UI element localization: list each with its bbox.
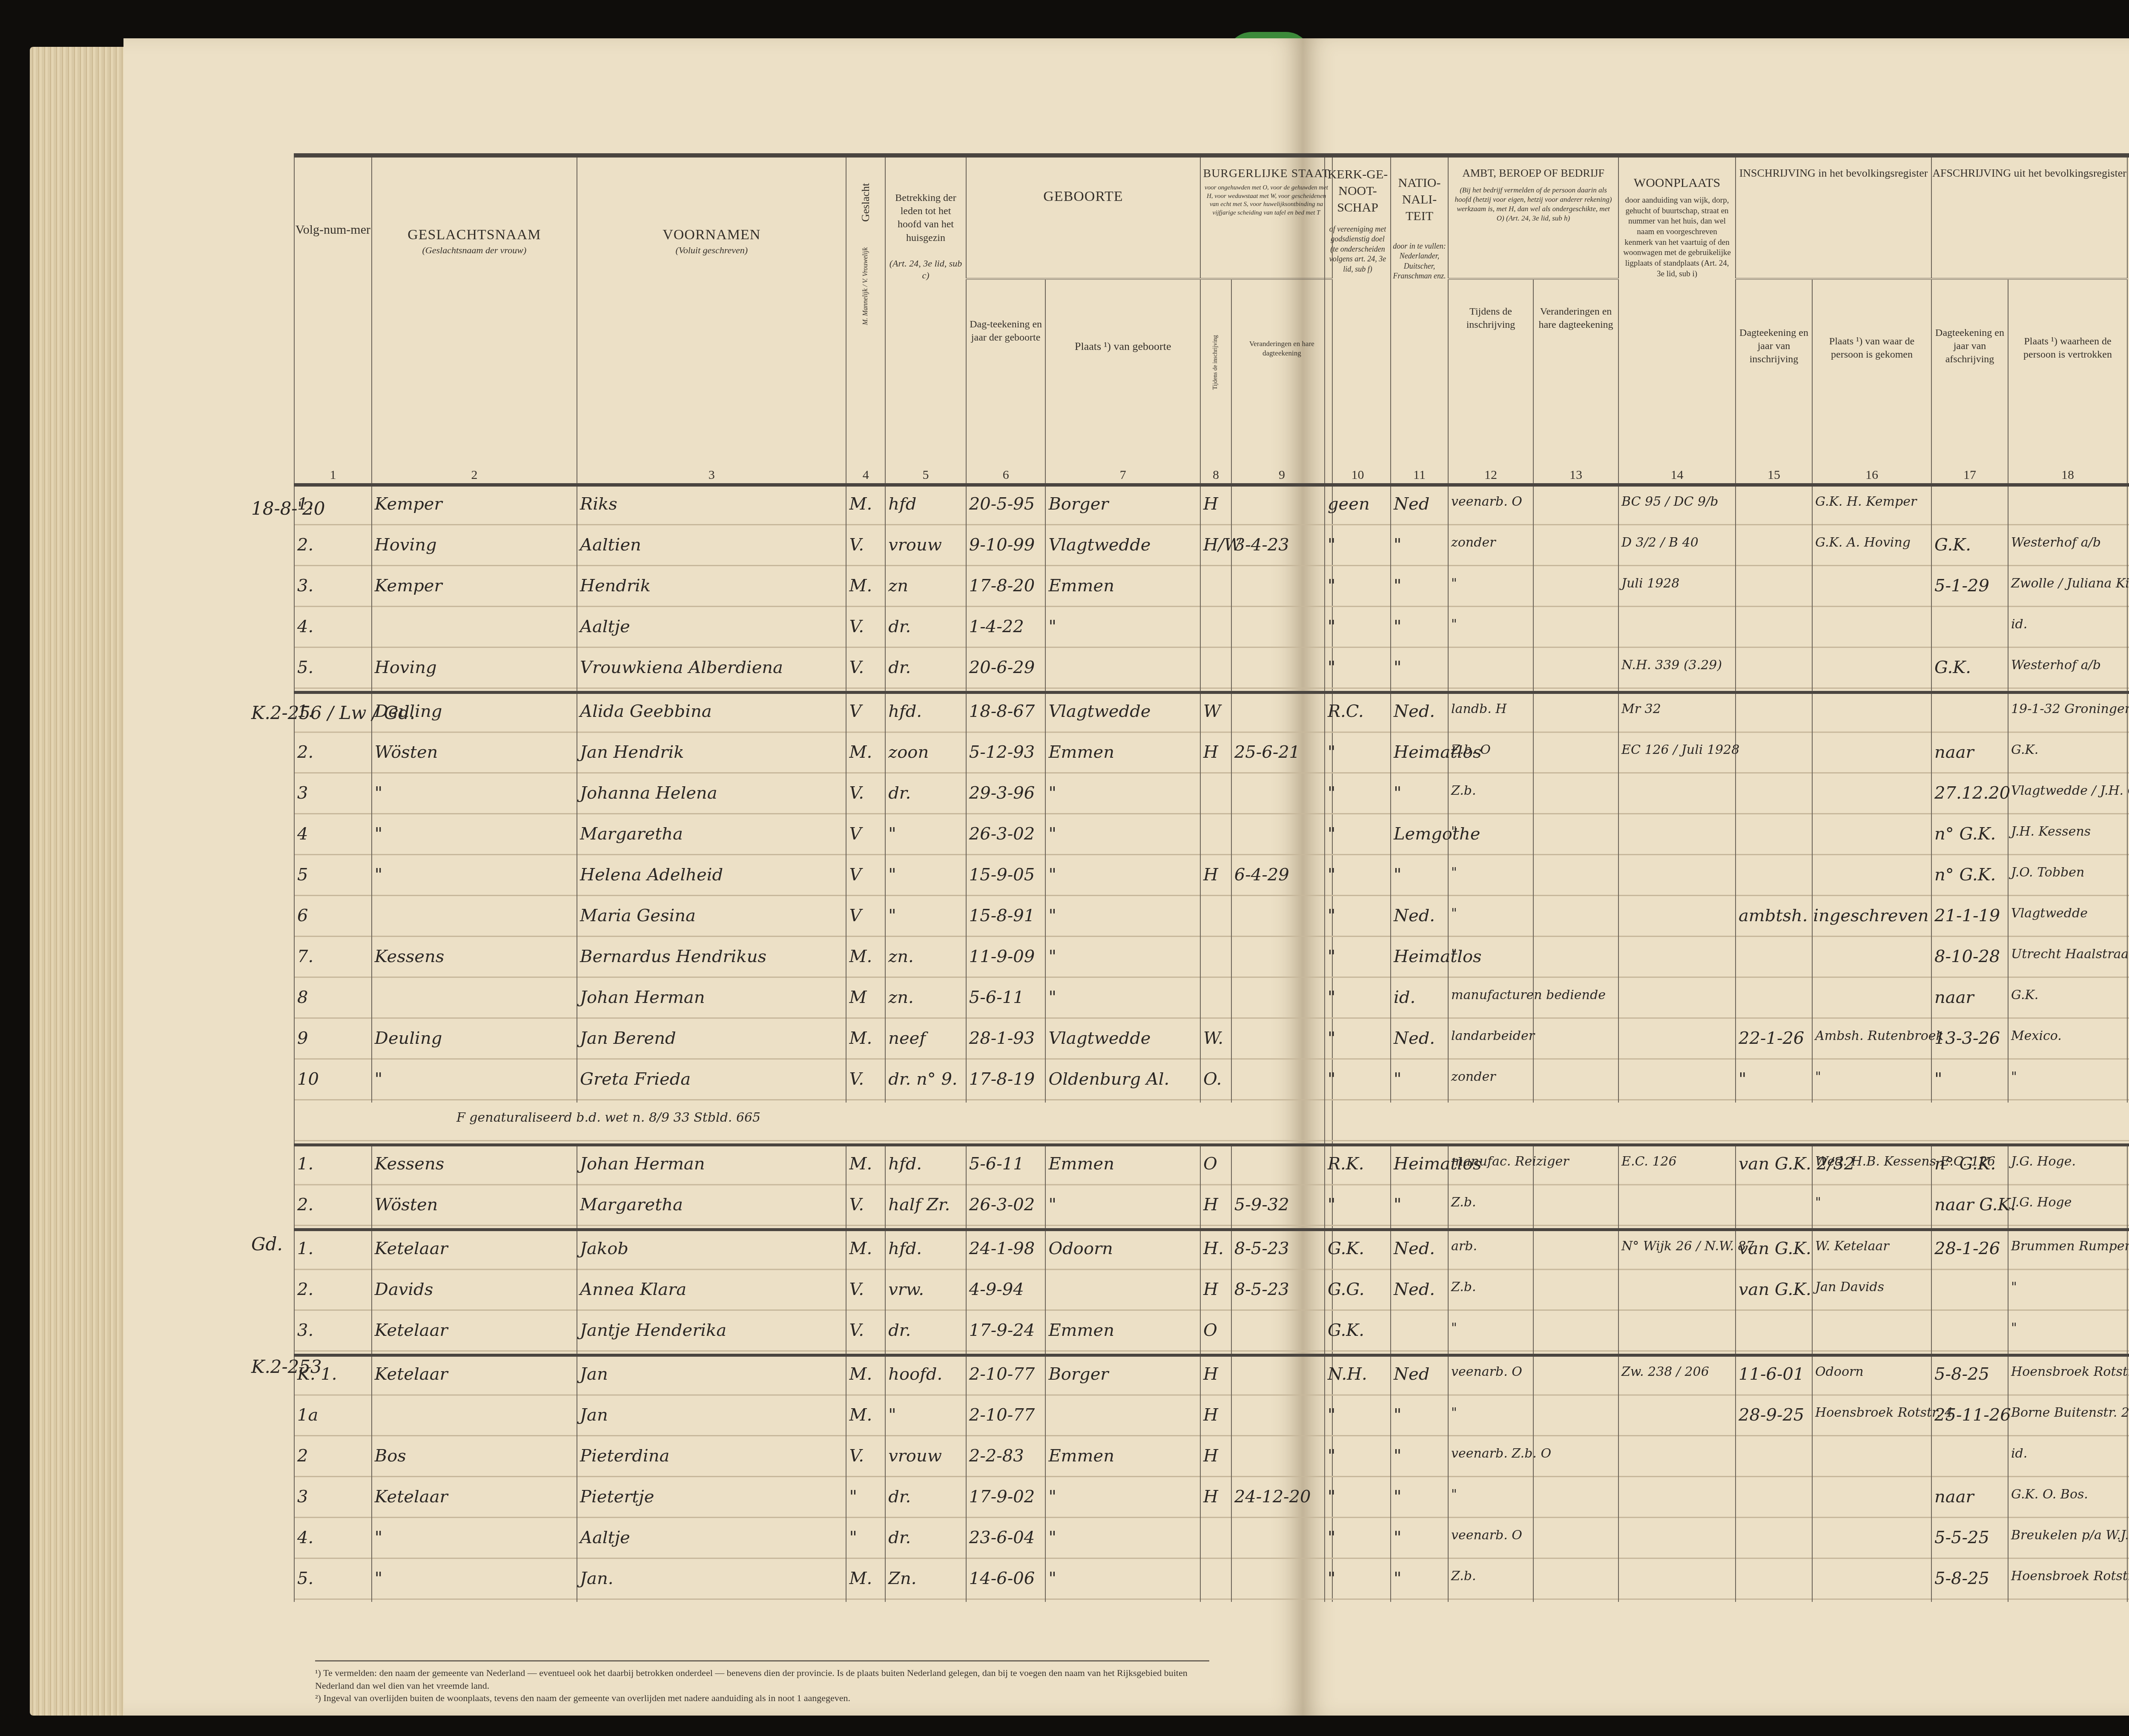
cell-civ-change	[1231, 816, 1332, 857]
cell-text	[1619, 1438, 1735, 1446]
cell-place: "	[1045, 939, 1200, 980]
cell-place: "	[1045, 609, 1200, 650]
table-row: 2.WöstenJan HendrikM.zoon5-12-93EmmenH25…	[294, 735, 1332, 776]
table-row: 1.KessensJohan HermanM.hfd.5-6-11EmmenO	[294, 1145, 1332, 1188]
cell-text: V	[846, 694, 885, 721]
cell-text: Hendrik	[577, 568, 846, 596]
cell-in-from	[1812, 980, 1931, 1021]
cell-given: Pieterdina	[577, 1438, 846, 1479]
cell-no: 3	[294, 1479, 372, 1520]
cell-text: M.	[846, 939, 885, 966]
table-row: 7.KessensBernardus HendrikusM.zn.11-9-09…	[294, 939, 1332, 980]
cell-text: Odoorn	[1813, 1357, 1931, 1379]
cell-text	[1232, 568, 1332, 576]
cell-text: M.	[846, 1398, 885, 1425]
cell-in-date	[1736, 1187, 1812, 1230]
cell-text: Oldenburg Al.	[1046, 1062, 1200, 1089]
cell-text: E.C. 126	[1619, 1146, 1735, 1169]
cell-text: "	[1736, 1062, 1812, 1089]
cell-text: "	[846, 1479, 885, 1507]
cell-given: Jan	[577, 1355, 846, 1398]
cell-text: Ned.	[1391, 1231, 1448, 1258]
cell-text: Heimatlos	[1391, 735, 1448, 762]
cell-surname: Kemper	[372, 485, 577, 527]
table-row: """Juli 19285-1-29Zwolle / Juliana Kinde…	[1325, 568, 2129, 609]
cell-text: "	[1325, 1479, 1390, 1507]
cell-no: 2.	[294, 1272, 372, 1313]
cell-church: "	[1325, 650, 1391, 693]
cell-occ: Z.b. O	[1448, 735, 1533, 776]
cell-text	[1813, 609, 1931, 617]
cell-text: Deuling	[372, 1021, 577, 1048]
cell-nat	[1391, 1313, 1448, 1355]
cell-civ	[1200, 1520, 1231, 1561]
cell-no: 2	[294, 1438, 372, 1479]
cell-birth: 26-3-02	[966, 1187, 1046, 1230]
cell-death	[2127, 898, 2129, 939]
cell-address: Mr 32	[1618, 693, 1736, 735]
cell-out-date: 28-1-26	[1931, 1230, 2008, 1272]
table-row: 2.WöstenMargarethaV.half Zr.26-3-02"H5-9…	[294, 1187, 1332, 1230]
cell-text: veenarb. O	[1449, 487, 1533, 509]
cell-text: H	[1201, 857, 1231, 885]
cell-text: Vlagtwedde / J.H. Geerlink Ter Apel	[2008, 776, 2127, 798]
cell-text: Westerhof a/b	[2008, 527, 2127, 550]
cell-out-to: Utrecht Haalstraat 9.	[2008, 939, 2127, 980]
cell-sex: V	[846, 857, 885, 898]
cell-text: "	[1449, 609, 1533, 632]
cell-in-date: 28-9-25	[1736, 1398, 1812, 1438]
cell-text: Wösten	[372, 1187, 577, 1215]
cell-civ-change: 6-4-29	[1231, 857, 1332, 898]
cell-given: Margaretha	[577, 816, 846, 857]
cell-text: H	[1201, 1272, 1231, 1299]
colnum-13: 13	[1533, 458, 1618, 485]
cell-death	[2127, 1021, 2129, 1062]
colnum-14: 14	[1618, 458, 1736, 485]
colnum-4: 4	[846, 458, 885, 485]
cell-nat: Lemgothe	[1391, 816, 1448, 857]
cell-place: "	[1045, 1479, 1200, 1520]
cell-out-date: n° G.K.	[1931, 857, 2008, 898]
cell-occ-change	[1533, 1520, 1618, 1561]
table-row: "Ned."ambtsh. ingeschreven21-1-19Vlagtwe…	[1325, 898, 2129, 939]
cell-place: "	[1045, 898, 1200, 939]
cell-text: "	[1449, 568, 1533, 591]
cell-text: "	[1813, 1187, 1931, 1210]
cell-text	[1932, 609, 2008, 617]
cell-civ: H	[1200, 1438, 1231, 1479]
cell-sex: M.	[846, 1355, 885, 1398]
cell-in-date: van G.K.	[1736, 1230, 1812, 1272]
cell-text: "	[1391, 1479, 1448, 1507]
cell-in-from	[1812, 1561, 1931, 1602]
cell-rel: zn	[885, 568, 966, 609]
cell-out-to: id.	[2008, 1438, 2127, 1479]
cell-text: Ketelaar	[372, 1479, 577, 1507]
cell-text: 29-3-96	[967, 776, 1045, 803]
cell-text: Emmen	[1046, 1313, 1200, 1340]
cell-text: "	[1046, 1479, 1200, 1507]
cell-occ: veenarb. O	[1448, 485, 1533, 527]
cell-text: Zwolle / Juliana Kinderhuis Terborchstr.	[2008, 568, 2127, 591]
cell-text: H	[1201, 1479, 1231, 1507]
cell-surname: "	[372, 857, 577, 898]
cell-text: Helena Adelheid	[577, 857, 846, 885]
cell-text: Johan Herman	[577, 1146, 846, 1174]
cell-text: "	[1046, 980, 1200, 1007]
table-row: ""Z.b.5-8-25Hoensbroek Rotstr. 4"	[1325, 1561, 2129, 1602]
cell-text: 5	[295, 857, 371, 885]
cell-text	[1813, 694, 1931, 702]
cell-text: H	[1201, 1438, 1231, 1466]
cell-text: "	[1325, 609, 1390, 636]
cell-occ-change	[1533, 735, 1618, 776]
cell-text: "	[1449, 857, 1533, 880]
cell-out-date: 21-1-19	[1931, 898, 2008, 939]
cell-text: 2-2-83	[967, 1438, 1045, 1466]
cell-text: 6-4-29	[1232, 857, 1332, 885]
naturalisation-note: F genaturaliseerd b.d. wet n. 8/9 33 Stb…	[294, 1103, 1332, 1145]
cell-in-from: Wed. H.B. Kessens E.C. 126	[1812, 1145, 1931, 1188]
cell-church: "	[1325, 857, 1391, 898]
cell-text: J.G. Hoge	[2008, 1187, 2127, 1210]
cell-church: "	[1325, 609, 1391, 650]
cell-text	[1932, 694, 2008, 702]
cell-text: "	[886, 857, 966, 885]
cell-death	[2127, 980, 2129, 1021]
cell-out-to: G.K. O. Bos.	[2008, 1479, 2127, 1520]
cell-given: Johan Herman	[577, 1145, 846, 1188]
cell-text: 5-6-11	[967, 980, 1045, 1007]
cell-death	[2127, 816, 2129, 857]
cell-text	[1736, 776, 1812, 783]
cell-place	[1045, 1272, 1200, 1313]
cell-text: Vlagtwedde	[2008, 898, 2127, 921]
cell-text	[1232, 776, 1332, 783]
cell-rel: vrouw	[885, 1438, 966, 1479]
cell-text: manufac. Reiziger	[1449, 1146, 1533, 1169]
footer-note-row: F genaturaliseerd b.d. wet n. 8/9 33 Stb…	[294, 1103, 1332, 1145]
cell-text: V	[846, 898, 885, 925]
cell-civ	[1200, 1561, 1231, 1602]
cell-civ-change	[1231, 1313, 1332, 1355]
cell-given: Jan	[577, 1398, 846, 1438]
cell-text: 5.	[295, 1561, 371, 1588]
cell-civ: H	[1200, 1398, 1231, 1438]
cell-text: N.H. 339 (3.29)	[1619, 650, 1735, 673]
cell-text: V.	[846, 1187, 885, 1215]
table-row: 4."Aaltje"dr.23-6-04"	[294, 1520, 1332, 1561]
cell-text: Jan Hendrik	[577, 735, 846, 762]
cell-text: Annea Klara	[577, 1272, 846, 1299]
cell-text: M.	[846, 1561, 885, 1588]
cell-civ	[1200, 980, 1231, 1021]
cell-text: Wösten	[372, 735, 577, 762]
cell-surname: Wösten	[372, 1187, 577, 1230]
cell-church: "	[1325, 980, 1391, 1021]
cell-text: Jan	[577, 1398, 846, 1425]
cell-text: Hoensbroek Rotstr. 4	[2008, 1357, 2127, 1379]
cell-no: 1.	[294, 1230, 372, 1272]
colnum-18: 18	[2008, 458, 2127, 485]
cell-no: 2.	[294, 527, 372, 568]
cell-text: H	[1201, 735, 1231, 762]
cell-death	[2127, 1187, 2129, 1230]
cell-birth: 11-9-09	[966, 939, 1046, 980]
cell-occ-change	[1533, 776, 1618, 816]
cell-text: "	[1046, 857, 1200, 885]
cell-text: G.K. H. Kemper	[1813, 487, 1931, 509]
cell-occ: manufacturen bediende	[1448, 980, 1533, 1021]
cell-text	[1736, 1479, 1812, 1487]
cell-occ-change	[1533, 609, 1618, 650]
cell-text: Margaretha	[577, 816, 846, 844]
cell-text	[1201, 776, 1231, 783]
cell-occ-change	[1533, 857, 1618, 898]
cell-given: Jan.	[577, 1561, 846, 1602]
cell-occ: "	[1448, 857, 1533, 898]
cell-birth: 17-9-24	[966, 1313, 1046, 1355]
cell-text	[1736, 694, 1812, 702]
cell-text: "	[1391, 1438, 1448, 1466]
cell-text: 2	[295, 1438, 371, 1466]
cell-given: Jan Hendrik	[577, 735, 846, 776]
cell-text: Bos	[372, 1438, 577, 1466]
cell-text: landarbeider	[1449, 1021, 1533, 1043]
header-col-8: Tijdens de inschrijving	[1200, 279, 1231, 458]
cell-out-to: J.G. Hoge.	[2008, 1145, 2127, 1188]
cell-civ: H	[1200, 1355, 1231, 1398]
cell-text: Emmen	[1046, 1146, 1200, 1174]
cell-text: Margaretha	[577, 1187, 846, 1215]
cell-text	[1534, 1561, 1618, 1569]
cell-text	[1736, 568, 1812, 576]
cell-church: "	[1325, 735, 1391, 776]
cell-civ-change	[1231, 1438, 1332, 1479]
cell-text	[1813, 650, 1931, 658]
cell-civ: O.	[1200, 1062, 1231, 1103]
cell-text: n° G.K.	[1932, 1146, 2008, 1174]
cell-text: Z.b.	[1449, 1187, 1533, 1210]
cell-text: V	[846, 816, 885, 844]
cell-no: 5.	[294, 1561, 372, 1602]
cell-occ: "	[1448, 568, 1533, 609]
cell-text: "	[2008, 1062, 2127, 1084]
cell-text: naar G.K.	[1932, 1187, 2008, 1215]
cell-rel: dr.	[885, 609, 966, 650]
header-col-6: Dag-teekening en jaar der geboorte	[966, 279, 1046, 458]
cell-text: hfd.	[886, 694, 966, 721]
cell-no: 3.	[294, 568, 372, 609]
cell-out-date: 5-1-29	[1931, 568, 2008, 609]
cell-civ	[1200, 939, 1231, 980]
cell-civ: H	[1200, 735, 1231, 776]
cell-text: W. Ketelaar	[1813, 1231, 1931, 1254]
cell-text: Emmen	[1046, 735, 1200, 762]
table-row: 5"Helena AdelheidV"15-9-05"H6-4-29	[294, 857, 1332, 898]
cell-text	[1534, 816, 1618, 824]
cell-address	[1618, 1479, 1736, 1520]
cell-no: 4.	[294, 1520, 372, 1561]
cell-no: 7.	[294, 939, 372, 980]
cell-in-date	[1736, 568, 1812, 609]
table-row: """id."	[1325, 609, 2129, 650]
cell-occ: zonder	[1448, 527, 1533, 568]
cell-text: Ned.	[1391, 1272, 1448, 1299]
cell-text	[1619, 609, 1735, 617]
cell-occ: Z.b.	[1448, 776, 1533, 816]
cell-text: Riks	[577, 487, 846, 514]
cell-text: 22-1-26	[1736, 1021, 1812, 1048]
cell-civ: W	[1200, 693, 1231, 735]
cell-text: vrw.	[886, 1272, 966, 1299]
cell-text	[1736, 527, 1812, 535]
cell-text	[1232, 1146, 1332, 1154]
cell-text	[1813, 1479, 1931, 1487]
cell-address	[1618, 1561, 1736, 1602]
cell-address	[1618, 857, 1736, 898]
cell-text: 5.	[295, 650, 371, 677]
cell-birth: 17-8-20	[966, 568, 1046, 609]
footnotes: ¹) Te vermelden: den naam der gemeente v…	[315, 1660, 1209, 1704]
cell-death	[2127, 1313, 2129, 1355]
cell-text	[1046, 1398, 1200, 1405]
cell-text: "	[372, 1062, 577, 1089]
cell-no: 6	[294, 898, 372, 939]
cell-sex: V.	[846, 1187, 885, 1230]
cell-in-from: W. Ketelaar	[1812, 1230, 1931, 1272]
cell-nat: Ned.	[1391, 1272, 1448, 1313]
cell-given: Aaltien	[577, 527, 846, 568]
cell-text: M.	[846, 1231, 885, 1258]
cell-text: manufacturen bediende	[1449, 980, 1533, 1003]
cell-sex: V	[846, 898, 885, 939]
cell-text: G.K.	[1325, 1313, 1390, 1340]
cell-text	[1534, 568, 1618, 576]
cell-text: "	[1325, 1021, 1390, 1048]
cell-occ: Z.b.	[1448, 1561, 1533, 1602]
cell-address: N.H. 339 (3.29)	[1618, 650, 1736, 693]
cell-sex: V.	[846, 650, 885, 693]
cell-in-date: ambtsh. ingeschreven	[1736, 898, 1812, 939]
register-table-right: KERK-GE-NOOT-SCHAPof vereeniging met god…	[1324, 153, 2129, 1602]
cell-text	[1813, 857, 1931, 865]
cell-text: Ned.	[1391, 898, 1448, 925]
cell-in-from	[1812, 1438, 1931, 1479]
cell-text	[1736, 650, 1812, 658]
table-row: ""veenarb. O5-5-25Breukelen p/a W.J. Bos…	[1325, 1520, 2129, 1561]
cell-occ-change	[1533, 898, 1618, 939]
cell-text: "	[1325, 776, 1390, 803]
cell-text: Jakob	[577, 1231, 846, 1258]
cell-text: "	[1325, 1398, 1390, 1425]
cell-text: naar	[1932, 735, 2008, 762]
cell-nat: Ned.	[1391, 693, 1448, 735]
cell-surname: Kemper	[372, 568, 577, 609]
cell-civ-change	[1231, 485, 1332, 527]
cell-text: Greta Frieda	[577, 1062, 846, 1089]
cell-occ: landarbeider	[1448, 1021, 1533, 1062]
cell-text: H.	[1201, 1231, 1231, 1258]
cell-text: H	[1201, 1357, 1231, 1384]
cell-out-date: 8-10-28	[1931, 939, 2008, 980]
cell-surname: Davids	[372, 1272, 577, 1313]
cell-occ-change	[1533, 939, 1618, 980]
cell-text: Emmen	[1046, 1438, 1200, 1466]
cell-text: 5-8-25	[1932, 1561, 2008, 1588]
cell-text: 6	[295, 898, 371, 925]
cell-church: "	[1325, 1561, 1391, 1602]
cell-text	[1813, 735, 1931, 742]
cell-in-date: 11-6-01	[1736, 1355, 1812, 1398]
cell-address	[1618, 939, 1736, 980]
table-row: G.K.""	[1325, 1313, 2129, 1355]
cell-text: N° Wijk 26 / N.W. 87	[1619, 1231, 1735, 1254]
colnum-1: 1	[294, 458, 372, 485]
cell-place: Vlagtwedde	[1045, 1021, 1200, 1062]
cell-text	[1932, 1313, 2008, 1321]
cell-text	[1619, 1520, 1735, 1528]
cell-text: 3-4-23	[1232, 527, 1332, 555]
header-col-7: Plaats ¹) van geboorte	[1045, 279, 1200, 458]
cell-text: "	[1046, 776, 1200, 803]
table-row: ""N.H. 339 (3.29)G.K.Westerhof a/b"	[1325, 650, 2129, 693]
cell-text: Ned	[1391, 1357, 1448, 1384]
cell-text	[1232, 609, 1332, 617]
cell-sex: V.	[846, 1272, 885, 1313]
cell-birth: 2-2-83	[966, 1438, 1046, 1479]
cell-given: Bernardus Hendrikus	[577, 939, 846, 980]
cell-text: "	[886, 1398, 966, 1425]
cell-text: G.K.	[2008, 980, 2127, 1003]
cell-text	[1932, 1272, 2008, 1280]
cell-nat: id.	[1391, 980, 1448, 1021]
cell-address	[1618, 816, 1736, 857]
cell-text	[1534, 1146, 1618, 1154]
cell-church: G.G.	[1325, 1272, 1391, 1313]
cell-civ	[1200, 609, 1231, 650]
cell-text: Z.b.	[1449, 1561, 1533, 1584]
cell-text: V.	[846, 650, 885, 677]
cell-text: Vlagtwedde	[1046, 694, 1200, 721]
cell-text	[1201, 568, 1231, 576]
cell-text	[1813, 816, 1931, 824]
cell-text: van G.K. 2/32	[1736, 1146, 1812, 1174]
header-col-16: Plaats ¹) van waar de persoon is gekomen	[1812, 279, 1931, 458]
cell-place: Emmen	[1045, 735, 1200, 776]
cell-text: 10	[295, 1062, 371, 1089]
cell-text: "	[1325, 1187, 1390, 1215]
table-row: 3KetelaarPietertje"dr.17-9-02"H24-12-20	[294, 1479, 1332, 1520]
cell-rel: dr.	[885, 1313, 966, 1355]
cell-civ	[1200, 816, 1231, 857]
cell-no: 3	[294, 776, 372, 816]
cell-place: Borger	[1045, 485, 1200, 527]
cell-text	[1201, 609, 1231, 617]
cell-no: 2.	[294, 1187, 372, 1230]
cell-place: Emmen	[1045, 1145, 1200, 1188]
cell-civ-change	[1231, 1520, 1332, 1561]
cell-out-date	[1931, 693, 2008, 735]
cell-text: Z.b.	[1449, 1272, 1533, 1295]
cell-text: "	[1325, 527, 1390, 555]
cell-rel: hfd.	[885, 1230, 966, 1272]
cell-text: "	[1932, 1062, 2008, 1089]
header-col-5: Betrekking der leden tot het hoofd van h…	[885, 155, 966, 458]
cell-sex: M.	[846, 1021, 885, 1062]
cell-surname: "	[372, 1561, 577, 1602]
